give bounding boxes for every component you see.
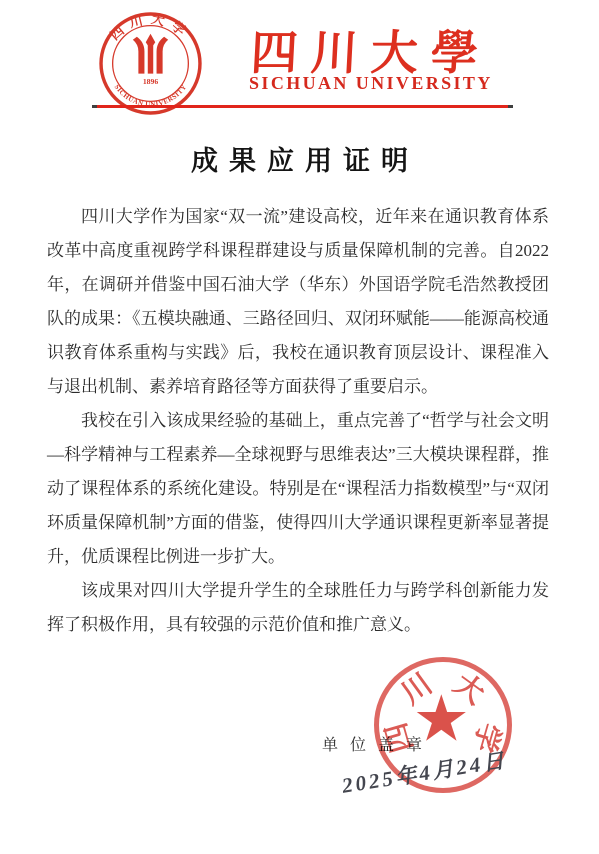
body-paragraph-2: 我校在引入该成果经验的基础上，重点完善了“哲学与社会文明—科学精神与工程素养—全… [47,404,549,574]
university-name-english: SICHUAN UNIVERSITY [249,73,515,94]
gate-emblem-icon [133,34,168,74]
body-paragraph-3: 该成果对四川大学提升学生的全球胜任力与跨学科创新能力发挥了积极作用，具有较强的示… [47,574,549,642]
body-paragraph-1: 四川大学作为国家“双一流”建设高校，近年来在通识教育体系改革中高度重视跨学科课程… [47,200,549,404]
document-body: 四川大学作为国家“双一流”建设高校，近年来在通识教育体系改革中高度重视跨学科课程… [47,200,549,642]
document-title: 成果应用证明 [0,139,599,178]
university-seal-logo: 四川大学 SICHUAN UNIVERSITY 1896 [98,11,203,116]
header-divider [92,105,513,108]
seal-year: 1896 [143,77,158,86]
certificate-page: 四川大学 SICHUAN UNIVERSITY 1896 四川大學 SICHUA… [0,0,599,854]
